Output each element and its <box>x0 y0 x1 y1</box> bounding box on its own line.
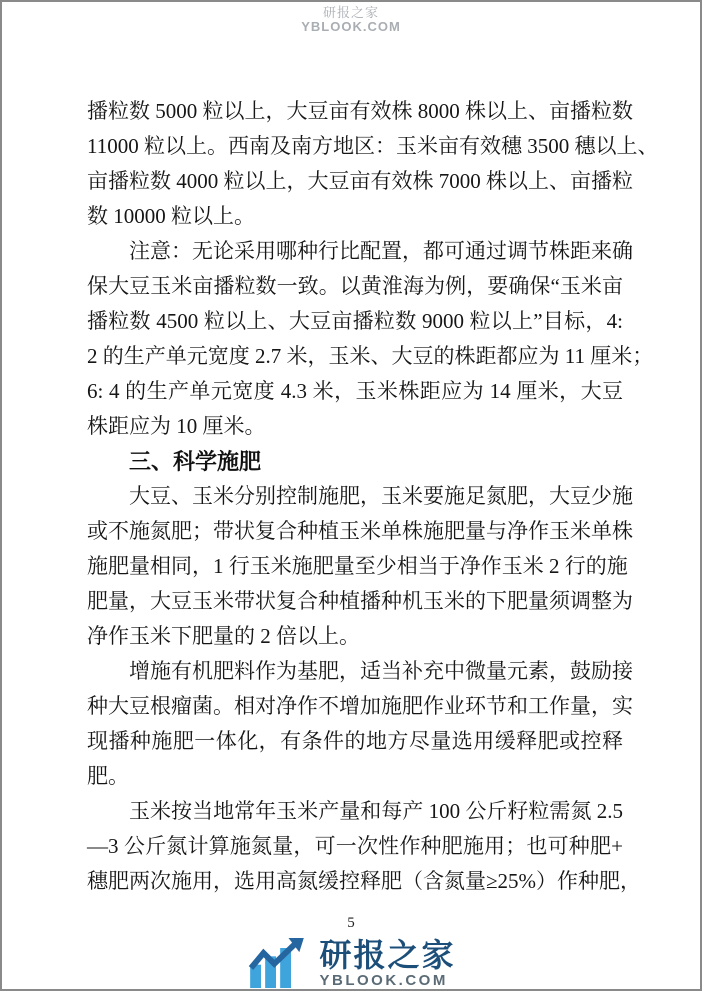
footer-logo[interactable]: 研报之家 YBLOOK.COM <box>246 938 455 988</box>
paragraph: 播粒数 5000 粒以上，大豆亩有效株 8000 株以上、亩播粒数 11000 … <box>87 94 623 234</box>
text-line: 净作玉米下肥量的 2 倍以上。 <box>87 619 623 654</box>
text-line: 大豆、玉米分别控制施肥，玉米要施足氮肥，大豆少施 <box>87 479 623 514</box>
text-line: 6: 4 的生产单元宽度 4.3 米，玉米株距应为 14 厘米，大豆 <box>87 374 623 409</box>
paragraph: 增施有机肥料作为基肥，适当补充中微量元素，鼓励接 种大豆根瘤菌。相对净作不增加施… <box>87 654 623 794</box>
text-line: 播粒数 5000 粒以上，大豆亩有效株 8000 株以上、亩播粒数 <box>87 94 623 129</box>
section-heading: 三、科学施肥 <box>87 444 623 479</box>
footer-logo-domain: YBLOOK.COM <box>319 973 455 988</box>
text-line: 肥。 <box>87 759 623 794</box>
page-number: 5 <box>2 915 700 932</box>
top-watermark-brand: 研报之家 <box>2 6 700 20</box>
text-line: 株距应为 10 厘米。 <box>87 409 623 444</box>
text-line: 穗肥两次施用，选用高氮缓控释肥（含氮量≥25%）作种肥， <box>87 864 623 899</box>
text-line: 保大豆玉米亩播粒数一致。以黄淮海为例，要确保“玉米亩 <box>87 269 623 304</box>
paragraph: 大豆、玉米分别控制施肥，玉米要施足氮肥，大豆少施 或不施氮肥；带状复合种植玉米单… <box>87 479 623 654</box>
bar-chart-arrow-icon <box>246 938 310 988</box>
text-line: 2 的生产单元宽度 2.7 米，玉米、大豆的株距都应为 11 厘米； <box>87 339 623 374</box>
text-line: 11000 粒以上。西南及南方地区：玉米亩有效穗 3500 穗以上、 <box>87 129 623 164</box>
text-line: 注意：无论采用哪种行比配置，都可通过调节株距来确 <box>87 234 623 269</box>
paragraph: 玉米按当地常年玉米产量和每产 100 公斤籽粒需氮 2.5 —3 公斤氮计算施氮… <box>87 794 623 899</box>
text-line: 或不施氮肥；带状复合种植玉米单株施肥量与净作玉米单株 <box>87 514 623 549</box>
text-line: 施肥量相同，1 行玉米施肥量至少相当于净作玉米 2 行的施 <box>87 549 623 584</box>
text-line: 增施有机肥料作为基肥，适当补充中微量元素，鼓励接 <box>87 654 623 689</box>
text-line: 现播种施肥一体化，有条件的地方尽量选用缓释肥或控释 <box>87 724 623 759</box>
paragraph: 注意：无论采用哪种行比配置，都可通过调节株距来确 保大豆玉米亩播粒数一致。以黄淮… <box>87 234 623 444</box>
document-page: 研报之家 YBLOOK.COM 播粒数 5000 粒以上，大豆亩有效株 8000… <box>0 0 702 991</box>
text-line: 玉米按当地常年玉米产量和每产 100 公斤籽粒需氮 2.5 <box>87 794 623 829</box>
text-line: 亩播粒数 4000 粒以上，大豆亩有效株 7000 株以上、亩播粒 <box>87 164 623 199</box>
document-body: 播粒数 5000 粒以上，大豆亩有效株 8000 株以上、亩播粒数 11000 … <box>87 94 623 899</box>
text-line: 数 10000 粒以上。 <box>87 199 623 234</box>
text-line: 播粒数 4500 粒以上、大豆亩播粒数 9000 粒以上”目标，4: <box>87 304 623 339</box>
text-line: —3 公斤氮计算施氮量，可一次性作种肥施用；也可种肥+ <box>87 829 623 864</box>
top-watermark-domain: YBLOOK.COM <box>2 20 700 34</box>
footer-logo-text: 研报之家 YBLOOK.COM <box>319 939 455 988</box>
text-line: 种大豆根瘤菌。相对净作不增加施肥作业环节和工作量，实 <box>87 689 623 724</box>
top-watermark: 研报之家 YBLOOK.COM <box>2 6 700 35</box>
text-line: 肥量，大豆玉米带状复合种植播种机玉米的下肥量须调整为 <box>87 584 623 619</box>
footer-logo-brand: 研报之家 <box>319 939 455 971</box>
